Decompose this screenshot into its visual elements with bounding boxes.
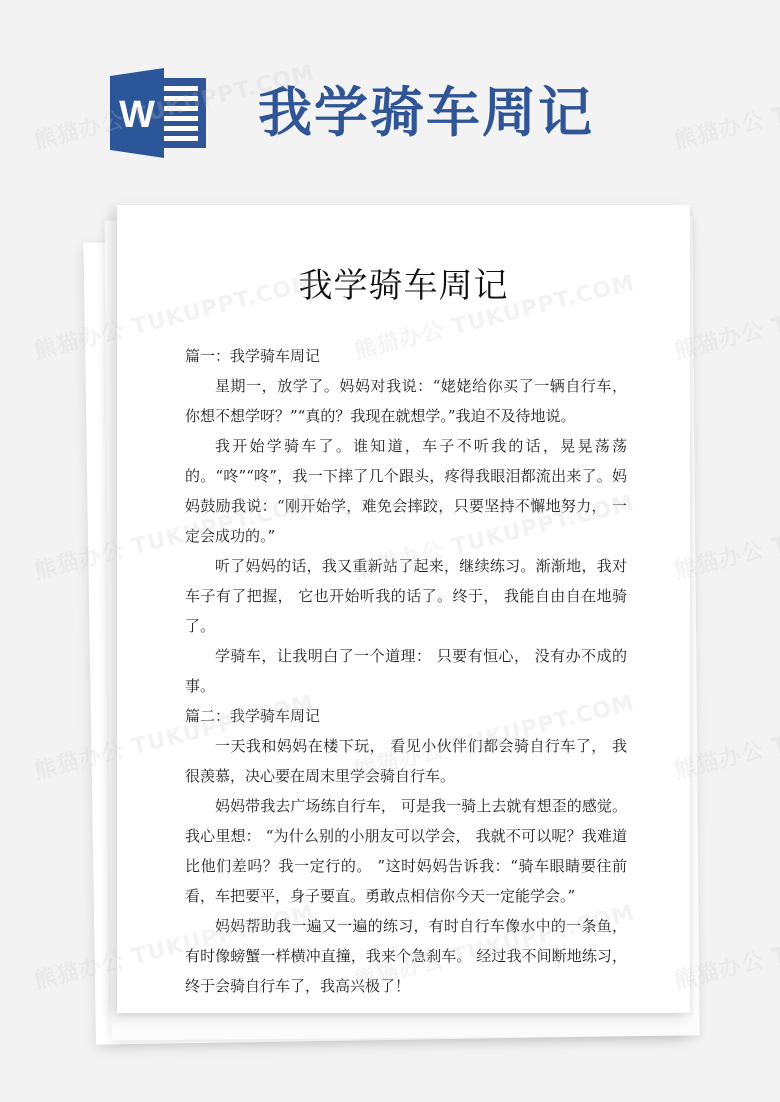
section-heading: 篇二：我学骑车周记 [185,701,627,731]
document-title: 我学骑车周记 [117,258,690,307]
word-document-icon: W [108,66,208,158]
paragraph: 一天我和妈妈在楼下玩， 看见小伙伴们都会骑自行车了， 我很羡慕，决心要在周末里学… [185,731,627,791]
section-heading: 篇一：我学骑车周记 [185,341,627,371]
svg-text:W: W [119,94,155,136]
paragraph: 星期一，放学了。妈妈对我说：“姥姥给你买了一辆自行车，你想不想学呀？”“真的？我… [185,371,627,431]
page-header-title: 我学骑车周记 [258,72,594,152]
paragraph: 妈妈带我去广场练自行车， 可是我一骑上去就有想歪的感觉。我心里想： “为什么别的… [185,791,627,911]
paragraph: 学骑车，让我明白了一个道理： 只要有恒心， 没有办不成的事。 [185,641,627,701]
paragraph: 妈妈帮助我一遍又一遍的练习，有时自行车像水中的一条鱼，有时像螃蟹一样横冲直撞，我… [185,911,627,1001]
watermark: 熊猫办公 TUKUPPT.COM [671,56,780,156]
document-body: 篇一：我学骑车周记 星期一，放学了。妈妈对我说：“姥姥给你买了一辆自行车，你想不… [185,341,627,1001]
paragraph: 我开始学骑车了。谁知道，车子不听我的话，晃晃荡荡的。“咚”“咚”，我一下摔了几个… [185,431,627,551]
paragraph: 听了妈妈的话，我又重新站了起来，继续练习。渐渐地，我对车子有了把握， 它也开始听… [185,551,627,641]
